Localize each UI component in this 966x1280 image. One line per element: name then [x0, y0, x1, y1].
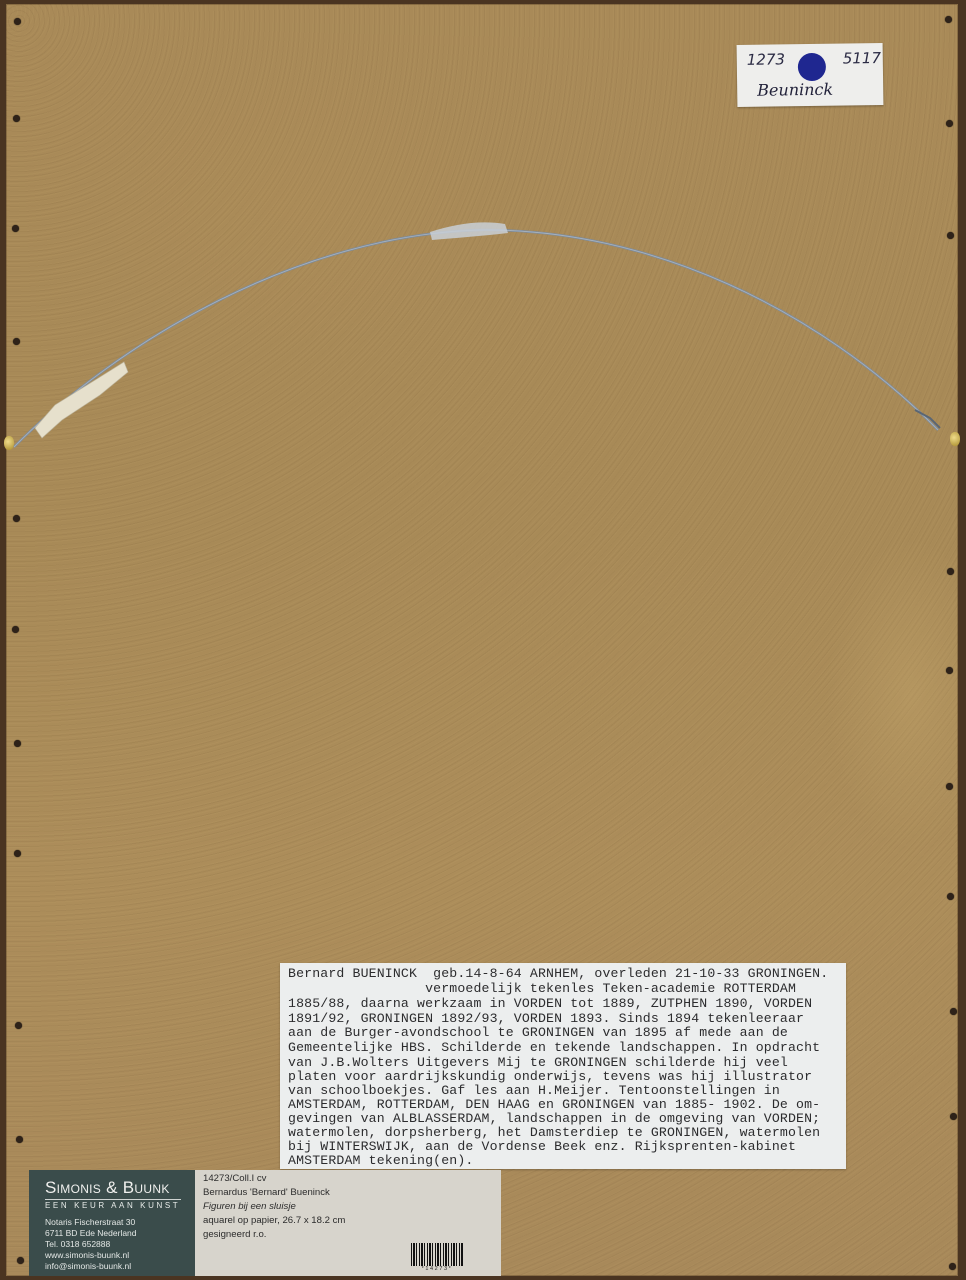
- inventory-sticker: 1273 5117 Beuninck: [737, 43, 884, 107]
- artist-name: Bernardus 'Bernard' Bueninck: [203, 1187, 330, 1198]
- dealer-website: www.simonis-buunk.nl: [45, 1250, 129, 1261]
- dealer-email: info@simonis-buunk.nl: [45, 1261, 131, 1272]
- masking-tape-left: [35, 362, 128, 438]
- dealer-tagline: EEN KEUR AAN KUNST: [45, 1201, 180, 1210]
- barcode-text: *14273*: [411, 1266, 463, 1272]
- dealer-postcode: 6711 BD Ede Nederland: [45, 1228, 137, 1239]
- barcode: [411, 1243, 463, 1266]
- typed-line: 1885/88, daarna werkzaam in VORDEN tot 1…: [288, 996, 812, 1011]
- sticker-number-left: 1273: [747, 50, 785, 69]
- typed-line: Gemeentelijke HBS. Schilderde en tekende…: [288, 1040, 820, 1055]
- sticker-number-right: 5117: [843, 49, 881, 68]
- typed-line: vermoedelijk tekenles Teken-academie ROT…: [288, 981, 796, 996]
- dealer-brand: Simonis & Buunk: [45, 1178, 170, 1198]
- artwork-title: Figuren bij een sluisje: [203, 1201, 296, 1212]
- sticker-artist-name: Beuninck: [757, 80, 833, 100]
- artwork-medium: aquarel op papier, 26.7 x 18.2 cm: [203, 1215, 345, 1226]
- dealer-address: Notaris Fischerstraat 30: [45, 1217, 135, 1228]
- typed-line: Bernard BUENINCK geb.14-8-64 ARNHEM, ove…: [288, 966, 828, 981]
- signature-note: gesigneerd r.o.: [203, 1229, 266, 1240]
- blue-dot-marker: [798, 53, 826, 81]
- typed-line: aan de Burger-avondschool te GRONINGEN v…: [288, 1025, 788, 1040]
- inventory-number: 14273/Coll.I cv: [203, 1173, 266, 1184]
- divider: [45, 1199, 181, 1200]
- dealer-phone: Tel. 0318 652888: [45, 1239, 110, 1250]
- dealer-label: Simonis & Buunk EEN KEUR AAN KUNST Notar…: [29, 1170, 195, 1276]
- hanger-ring-left: [4, 436, 14, 450]
- tape-center: [430, 222, 508, 240]
- artwork-info-label: 14273/Coll.I cv Bernardus 'Bernard' Buen…: [195, 1170, 501, 1276]
- typed-biography-label: Bernard BUENINCK geb.14-8-64 ARNHEM, ove…: [280, 963, 846, 1169]
- typed-line: AMSTERDAM tekening(en).: [288, 1153, 473, 1168]
- hanger-ring-right: [950, 432, 960, 446]
